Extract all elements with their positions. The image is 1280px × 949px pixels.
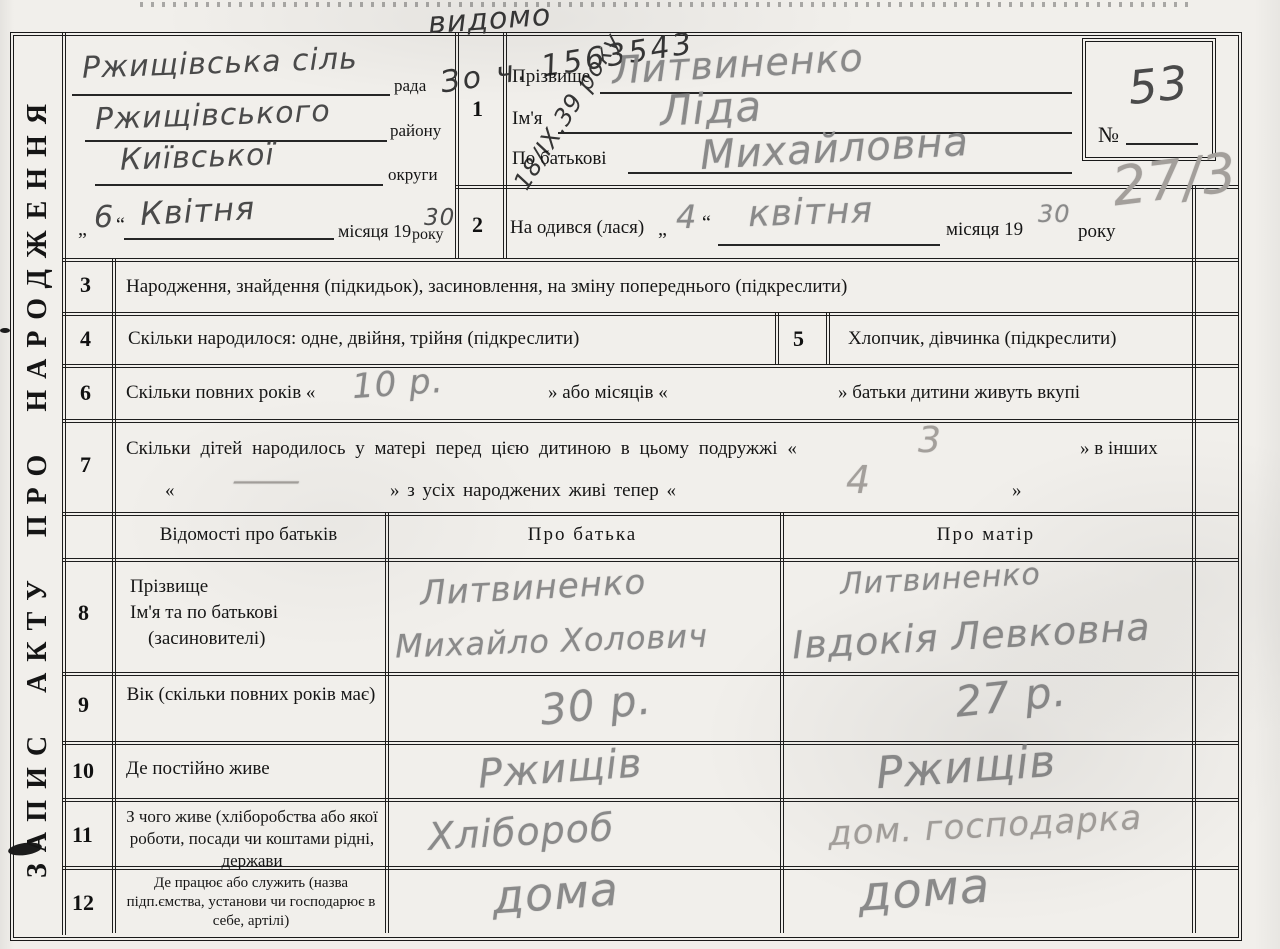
fill-line xyxy=(628,172,1072,174)
parents-names-label-line2: Ім'я та по батькові xyxy=(130,602,278,624)
row-number: 7 xyxy=(80,452,91,478)
region-label: округи xyxy=(388,165,438,185)
born-label: На одився (лася) xyxy=(510,217,644,239)
grid-line xyxy=(62,312,1238,316)
row-number: 12 xyxy=(72,890,94,916)
fill-line xyxy=(72,94,390,96)
grid-line xyxy=(112,258,116,933)
years-together-label-pre: Скільки повних років « xyxy=(126,382,315,404)
children-other-label: » в інших xyxy=(1080,438,1158,460)
grid-line xyxy=(62,558,1238,562)
record-number-value: 53 xyxy=(1125,55,1191,115)
registration-day: 6 xyxy=(94,200,114,235)
row-number: 2 xyxy=(472,212,483,238)
row-number: 4 xyxy=(80,326,91,352)
birth-month-label: місяця 19 xyxy=(946,219,1023,241)
row-number: 3 xyxy=(80,272,91,298)
row-number: 11 xyxy=(72,822,93,848)
fill-line xyxy=(1126,143,1198,145)
birth-year-label: року xyxy=(1078,221,1115,243)
grid-line xyxy=(826,312,830,364)
fill-line xyxy=(95,184,383,186)
quote-mark: “ xyxy=(116,214,125,237)
registration-month-label: місяця 19 xyxy=(338,221,411,242)
form-side-title: ЗАПИС АКТУ ПРО НАРОДЖЕННЯ xyxy=(14,40,62,930)
years-together-label-mid: » або місяців « xyxy=(548,382,668,404)
row-number: 5 xyxy=(793,326,804,352)
quote-mark: « xyxy=(165,480,175,502)
quote-mark: “ xyxy=(702,212,711,235)
surname-label: Прізвище xyxy=(512,66,590,88)
parents-info-header: Відомості про батьків xyxy=(112,524,385,546)
parents-names-label-line1: Прізвище xyxy=(130,576,208,598)
mother-workplace: дома xyxy=(856,857,992,922)
birth-type-label: Народження, знайдення (підкидьок), засин… xyxy=(126,276,847,298)
grid-line xyxy=(775,312,779,364)
birth-year: 30 xyxy=(1038,200,1071,228)
occupation-label: З чого живе (хліборобства або якої робот… xyxy=(126,806,378,872)
birth-day: 4 xyxy=(676,198,697,236)
child-name: Ліда xyxy=(659,81,763,135)
mother-column-header: Про матір xyxy=(780,524,1192,546)
years-together-label-post: » батьки дитини живуть вкупі xyxy=(838,382,1080,404)
region-value: Київської xyxy=(119,137,275,177)
years-together-value: 10 р. xyxy=(351,361,445,407)
record-number-label: № xyxy=(1098,122,1119,148)
council-label: рада xyxy=(394,76,426,96)
grid-line xyxy=(62,258,1238,262)
registration-year-label: року xyxy=(412,226,444,244)
fill-line xyxy=(718,244,940,246)
sex-label: Хлопчик, дівчинка (підкреслити) xyxy=(848,328,1117,350)
scanned-birth-record: ЗАПИС АКТУ ПРО НАРОДЖЕННЯ видомо Зо ч. 1… xyxy=(0,0,1280,949)
father-column-header: Про батька xyxy=(385,524,780,546)
grid-line xyxy=(385,512,389,933)
row-number: 10 xyxy=(72,758,94,784)
births-count-label: Скільки народилося: одне, двійня, трійня… xyxy=(128,328,579,350)
children-alive-value: 4 xyxy=(846,458,871,502)
quote-mark: „ xyxy=(658,218,667,241)
row-number: 1 xyxy=(472,96,483,122)
row-number: 8 xyxy=(78,600,89,626)
quote-mark: „ xyxy=(78,218,87,241)
parents-names-label-line3: (засиновителі) xyxy=(148,628,266,650)
grid-line xyxy=(62,512,1238,516)
workplace-label: Де працює або служить (назва підп.ємства… xyxy=(120,874,382,931)
birth-month: квітня xyxy=(747,190,873,235)
children-other-value: — xyxy=(230,464,304,499)
grid-line xyxy=(62,741,1238,745)
patronymic-label: По батькові xyxy=(512,148,607,170)
grid-line xyxy=(780,512,784,933)
children-before-label: Скільки дітей народилось у матері перед … xyxy=(126,438,797,460)
district-label: району xyxy=(390,121,441,141)
grid-line xyxy=(62,419,1238,423)
children-alive-label: » з усіх народжених живі тепер « xyxy=(390,480,676,502)
ink-speck xyxy=(0,328,10,333)
scan-noise-strip xyxy=(140,2,1190,7)
father-workplace: дома xyxy=(490,862,620,925)
registration-month: Квітня xyxy=(139,189,256,233)
row-number: 6 xyxy=(80,380,91,406)
quote-mark: » xyxy=(1012,480,1022,502)
name-label: Ім'я xyxy=(512,108,543,130)
residence-label: Де постійно живе xyxy=(126,758,270,780)
age-label: Вік (скільки повних років має) xyxy=(122,682,380,708)
fill-line xyxy=(124,238,334,240)
row-number: 9 xyxy=(78,692,89,718)
grid-line xyxy=(62,364,1238,368)
children-this-marriage-value: 3 xyxy=(918,420,942,461)
